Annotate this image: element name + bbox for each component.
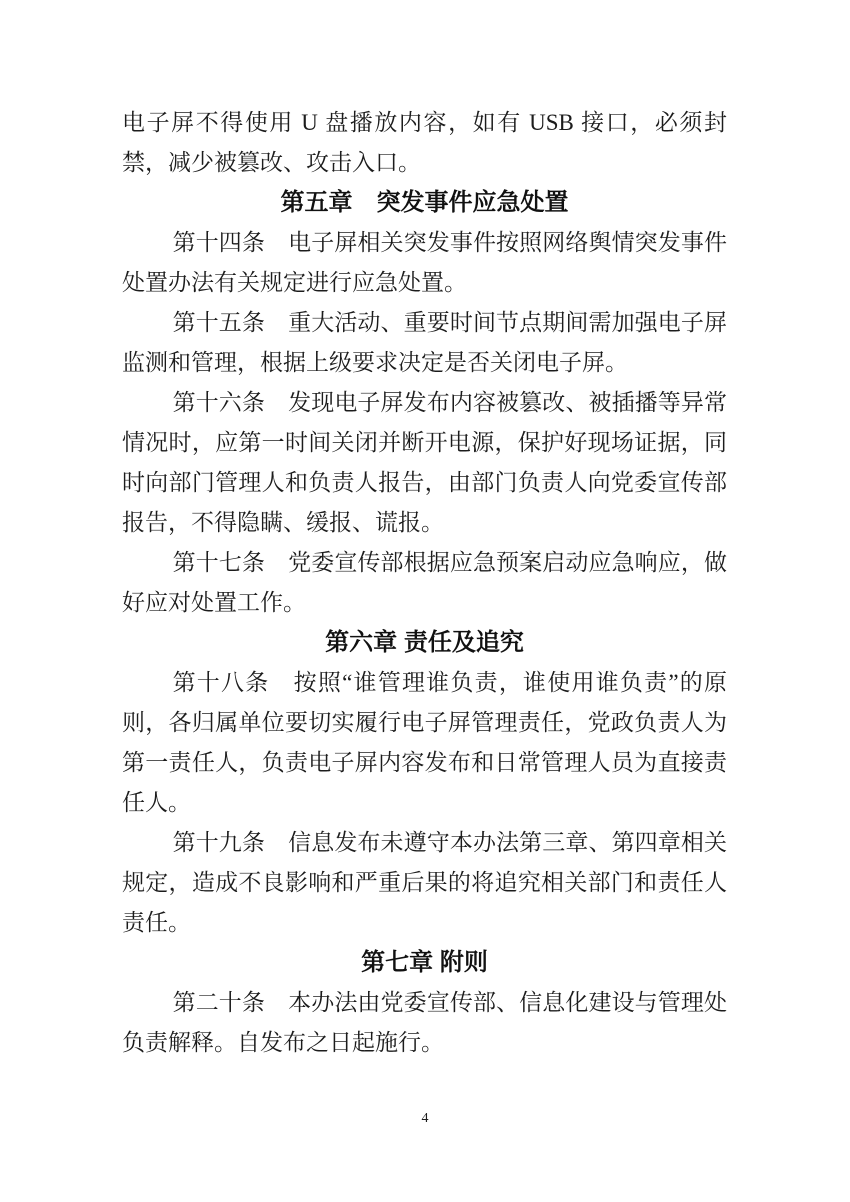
paragraph: 第十六条 发现电子屏发布内容被篡改、被插播等异常情况时，应第一时间关闭并断开电源… <box>122 383 727 543</box>
chapter-heading: 第七章 附则 <box>122 943 727 983</box>
chapter-heading: 第六章 责任及追究 <box>122 623 727 663</box>
page-number: 4 <box>0 1110 850 1128</box>
document-body: 电子屏不得使用 U 盘播放内容，如有 USB 接口，必须封禁，减少被篡改、攻击入… <box>122 103 727 1063</box>
paragraph: 第十九条 信息发布未遵守本办法第三章、第四章相关规定，造成不良影响和严重后果的将… <box>122 823 727 943</box>
paragraph: 第二十条 本办法由党委宣传部、信息化建设与管理处负责解释。自发布之日起施行。 <box>122 983 727 1063</box>
paragraph: 电子屏不得使用 U 盘播放内容，如有 USB 接口，必须封禁，减少被篡改、攻击入… <box>122 103 727 183</box>
paragraph: 第十五条 重大活动、重要时间节点期间需加强电子屏监测和管理，根据上级要求决定是否… <box>122 303 727 383</box>
paragraph: 第十八条 按照“谁管理谁负责，谁使用谁负责”的原则，各归属单位要切实履行电子屏管… <box>122 663 727 823</box>
paragraph: 第十七条 党委宣传部根据应急预案启动应急响应，做好应对处置工作。 <box>122 543 727 623</box>
document-page: 电子屏不得使用 U 盘播放内容，如有 USB 接口，必须封禁，减少被篡改、攻击入… <box>0 0 850 1202</box>
chapter-heading: 第五章 突发事件应急处置 <box>122 183 727 223</box>
paragraph: 第十四条 电子屏相关突发事件按照网络舆情突发事件处置办法有关规定进行应急处置。 <box>122 223 727 303</box>
